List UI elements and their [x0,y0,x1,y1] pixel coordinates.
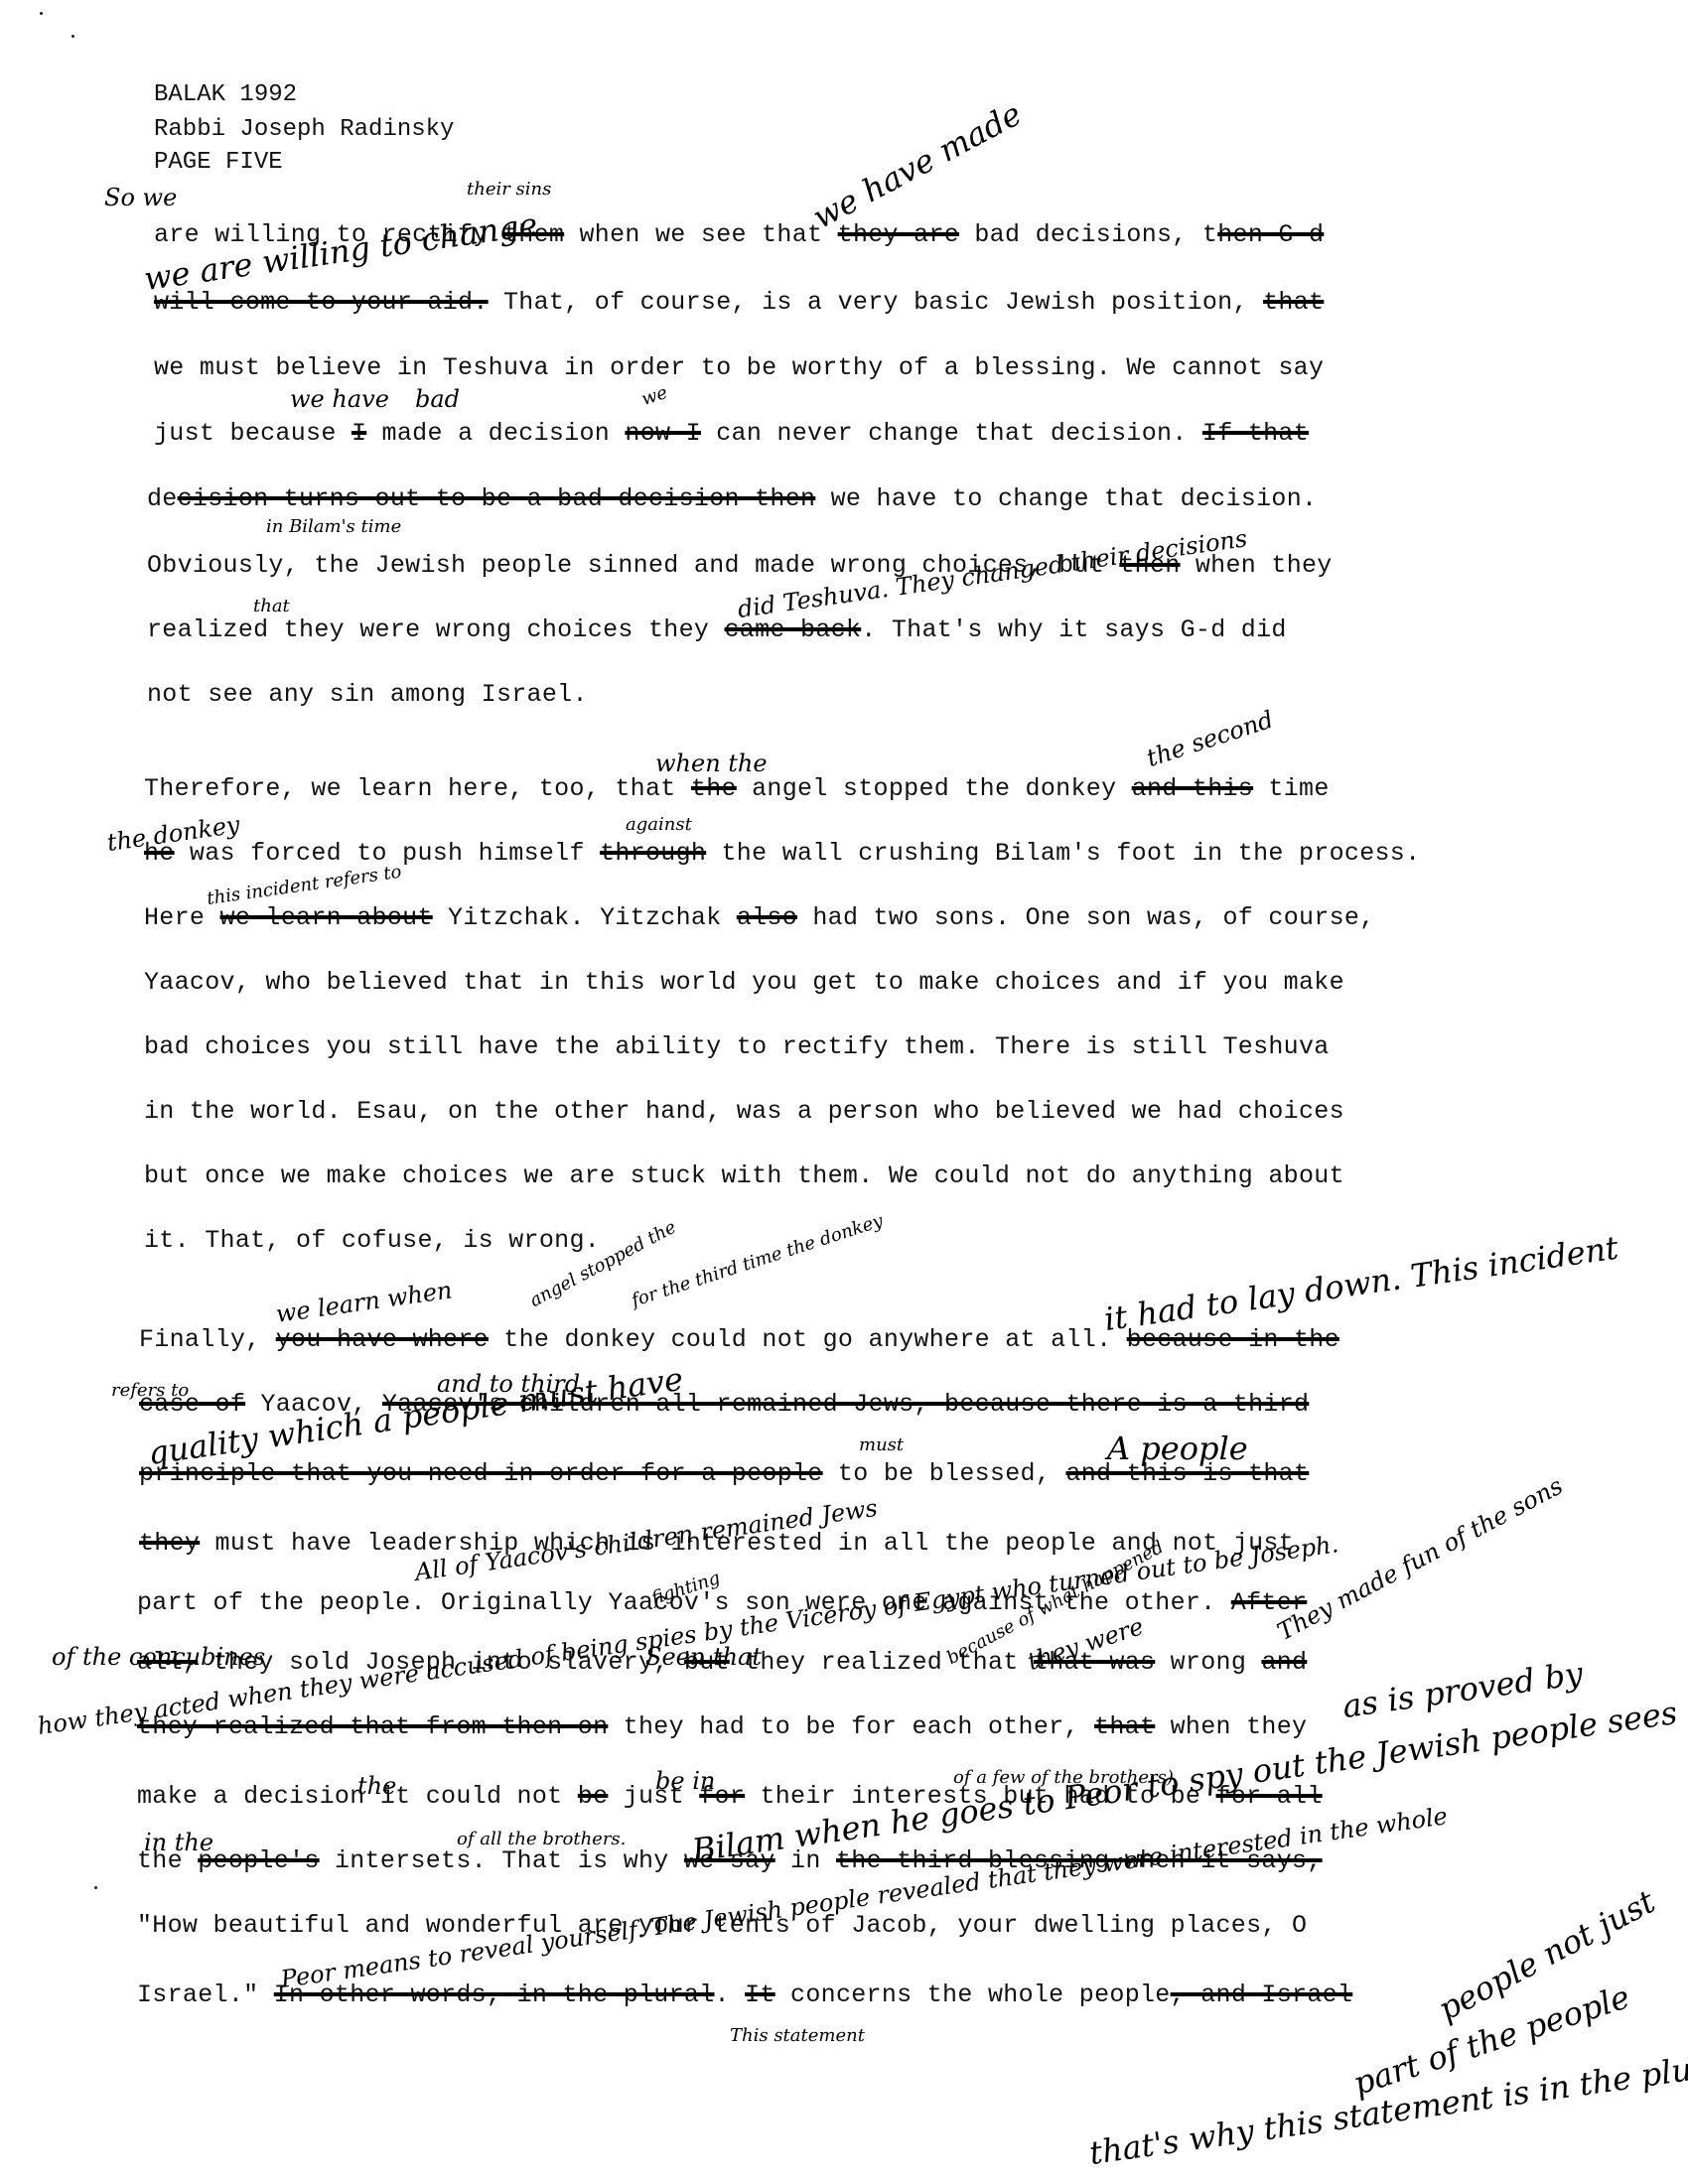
struck-text: principle that you need in order for a p… [139,1459,823,1488]
struck-text: and this [1132,774,1253,803]
struck-text: that [1263,288,1324,317]
struck-text: you have where [276,1325,489,1354]
text-segment: . That's why it says G-d did [861,615,1286,644]
handwritten-note-we-have-made: we have made [806,94,1028,236]
typed-line: we must believe in Teshuva in order to b… [154,353,1324,382]
handwritten-note-must: must [859,1434,904,1455]
text-segment: can never change that decision. [701,419,1202,448]
handwritten-note-refers-to: refers to [111,1380,189,1401]
text-segment: Finally, [139,1325,276,1354]
handwritten-note-had-to-lay-down: it had to lay down. This incident [1102,1229,1620,1338]
scan-speck [94,1886,97,1889]
struck-text: people's [198,1846,319,1875]
typed-line: Therefore, we learn here, too, that the … [144,774,1330,803]
text-segment: intersets. That is why [320,1846,684,1875]
typed-line: in the world. Esau, on the other hand, w… [144,1097,1344,1126]
text-segment: angel stopped the donkey [737,774,1132,803]
text-segment: not see any sin among Israel. [147,680,588,709]
typed-line: bad choices you still have the ability t… [144,1032,1330,1061]
text-segment: wrong [1155,1648,1261,1677]
text-segment: they had to be for each other, [608,1712,1094,1741]
struck-text: If that [1202,419,1309,448]
text-segment: but once we make choices we are stuck wi… [144,1161,1344,1190]
handwritten-note-a-people: A people [1107,1430,1248,1467]
handwritten-note-the-second: the second [1143,706,1276,772]
handwritten-note-be-in: be in [655,1767,715,1795]
text-segment: they realized that [730,1648,1034,1677]
struck-text: now I [625,419,701,448]
struck-text: also [737,903,797,932]
struck-text: they are [838,220,959,249]
handwritten-note-the-small: the [357,1772,396,1800]
typed-line: realized they were wrong choices they ca… [147,615,1287,644]
typed-line: Yaacov, who believed that in this world … [144,968,1344,997]
typed-line: Here we learn about Yitzchak. Yitzchak a… [144,903,1375,932]
struck-text: the [691,774,737,803]
text-segment: Yitzchak. Yitzchak [433,903,737,932]
handwritten-note-when-the: when the [655,750,768,777]
text-segment: it. That, of cofuse, is wrong. [144,1226,600,1255]
struck-text: be [578,1782,609,1811]
struck-text: that [1094,1712,1155,1741]
text-segment: the donkey could not go anywhere at all. [489,1325,1127,1354]
typed-line: just because I made a decision now I can… [154,419,1309,448]
text-segment: concerns the whole people [775,1980,1171,2009]
handwritten-note-we-have: we have [290,385,389,413]
handwritten-note-this-incident-refers-to: this incident refers to [206,862,403,909]
text-segment: made a decision [366,419,625,448]
text-segment: Therefore, we learn here, too, that [144,774,691,803]
handwritten-note-against: against [626,814,692,835]
handwritten-note-so-we: So we [104,184,177,211]
text-segment: the wall crushing Bilam's foot in the pr… [706,839,1420,868]
handwritten-note-that: that [253,596,290,616]
text-segment: Israel." [137,1980,274,2009]
typed-line: will come to your aid. That, of course, … [154,288,1324,317]
typed-line: decision turns out to be a bad decision … [147,484,1317,513]
handwritten-note-concubines: of the concubines [52,1643,265,1671]
handwritten-note-we-insert: we [639,382,670,410]
document-title: BALAK 1992 [154,81,297,108]
handwritten-note-their-sins: their sins [467,179,551,200]
handwritten-note-of-all-brothers: of all the brothers. [457,1829,626,1849]
text-segment: time [1253,774,1330,803]
handwritten-note-in-the: in the [144,1829,213,1856]
handwritten-note-this-statement: This statement [730,2025,865,2046]
struck-text: It [745,1980,775,2009]
typed-line: they realized that from then on they had… [137,1712,1307,1741]
typed-line: not see any sin among Israel. [147,680,588,709]
text-segment: de [147,484,178,513]
typed-line: he was forced to push himself through th… [144,839,1420,868]
text-segment: realized they were wrong choices they [147,615,725,644]
text-segment: . [715,1980,746,2009]
text-segment: when we see that [564,220,837,249]
struck-text: and [1261,1648,1307,1677]
document-author: Rabbi Joseph Radinsky [154,116,454,143]
text-segment: to be blessed, [823,1459,1066,1488]
text-segment: Yaacov, who believed that in this world … [144,968,1344,997]
struck-text: we learn about [220,903,433,932]
typed-line: but once we make choices we are stuck wi… [144,1161,1344,1190]
text-segment: just because [154,419,352,448]
scan-speck [71,35,74,38]
struck-text: they realized that from then on [137,1712,608,1741]
struck-text: I [352,419,366,448]
struck-text: , and Israel [1171,1980,1353,2009]
handwritten-note-we-are-willing-to-change: we are willing to change [142,205,540,298]
struck-text: will come to your aid. [154,288,489,317]
scanned-document-page: BALAK 1992 Rabbi Joseph Radinsky PAGE FI… [0,0,1688,2184]
text-segment: we must believe in Teshuva in order to b… [154,353,1324,382]
struck-text: hen G-d [1217,220,1324,249]
typed-line: part of the people. Originally Yaacov's … [137,1588,1307,1617]
handwritten-note-in-bilams-time: in Bilam's time [266,516,401,537]
handwritten-note-bad: bad [415,385,460,413]
struck-text: through [600,839,706,868]
struck-text: cision turns out to be a bad decision th… [178,484,816,513]
text-segment: bad decisions, t [959,220,1217,249]
typed-line: it. That, of cofuse, is wrong. [144,1226,600,1255]
text-segment: in the world. Esau, on the other hand, w… [144,1097,1344,1126]
text-segment: we have to change that decision. [815,484,1317,513]
text-segment: That, of course, is a very basic Jewish … [489,288,1263,317]
handwritten-note-we-learn-when: we learn when [274,1276,454,1328]
text-segment: when they [1155,1712,1307,1741]
struck-text: they [139,1529,200,1558]
page-label: PAGE FIVE [154,149,283,176]
text-segment: bad choices you still have the ability t… [144,1032,1330,1061]
text-segment: had two sons. One son was, of course, [797,903,1375,932]
scan-speck [40,12,43,15]
